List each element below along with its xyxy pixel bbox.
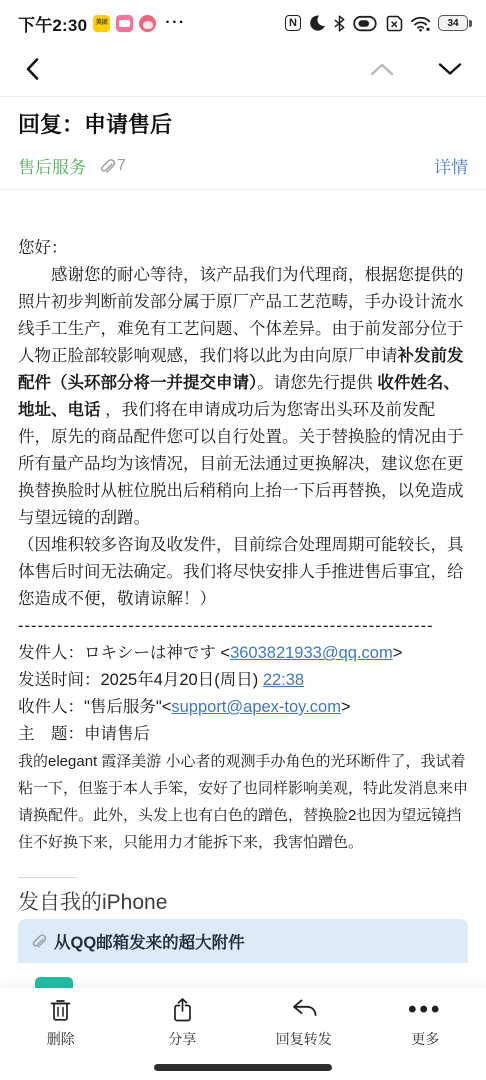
back-button[interactable] <box>22 56 44 87</box>
meituan-app-icon: 美团 <box>93 15 110 32</box>
sent-time-link[interactable]: 22:38 <box>263 671 304 689</box>
bilibili-app-icon <box>116 15 133 32</box>
reply-forward-icon <box>289 996 319 1024</box>
attachment-count: 7 <box>117 157 126 175</box>
paperclip-icon <box>98 157 115 175</box>
oversized-attachment-banner[interactable]: 从QQ邮箱发来的超大附件 <box>18 919 468 963</box>
home-indicator[interactable] <box>154 1064 332 1071</box>
p1-text2: 。请您先行提供 <box>257 374 377 392</box>
battery-icon: 34 <box>438 15 472 31</box>
body-paragraph-1: 感谢您的耐心等待，该产品我们为代理商，根据您提供的照片初步判断前发部分属于原厂产… <box>18 262 468 532</box>
status-left: 下午2:30 美团 ··· <box>18 11 186 36</box>
mail-header: 回复：申请售后 售后服务 7 详情 <box>0 98 486 190</box>
body-paragraph-2: （因堆积较多咨询及收发件，目前综合处理周期可能较长，具体售后时间无法确定。我们将… <box>18 532 468 613</box>
to-label: 收件人："售后服务"< <box>18 698 171 716</box>
next-mail-button[interactable] <box>436 61 464 82</box>
quote-divider-dashes: ----------------------------------------… <box>18 613 468 640</box>
signature-text: 发自我的iPhone <box>18 886 167 916</box>
from-line: 发件人：ロキシーは神です <3603821933@qq.com> <box>18 640 468 667</box>
nfc-icon: N <box>285 15 301 31</box>
phone-screen: 下午2:30 美团 ··· N 34 <box>0 0 486 1080</box>
more-icon: ••• <box>408 996 442 1024</box>
status-bar: 下午2:30 美团 ··· N 34 <box>0 0 486 46</box>
reply-forward-label: 回复转发 <box>276 1029 332 1049</box>
from-email-link[interactable]: 3603821933@qq.com <box>230 644 393 662</box>
more-notifications-icon: ··· <box>165 14 185 32</box>
more-label: 更多 <box>411 1029 439 1049</box>
delete-label: 删除 <box>47 1029 75 1049</box>
mail-body: 您好： 感谢您的耐心等待，该产品我们为代理商，根据您提供的照片初步判断前发部分属… <box>0 190 486 876</box>
battery-nub <box>469 20 472 27</box>
battery-level: 34 <box>438 15 468 31</box>
detail-link[interactable]: 详情 <box>434 153 468 178</box>
sim-disabled-icon <box>384 15 403 32</box>
signature-divider <box>18 877 77 878</box>
clock: 下午2:30 <box>18 11 87 36</box>
wifi-icon <box>410 15 431 32</box>
sender-name[interactable]: 售后服务 <box>18 153 86 178</box>
to-email-link[interactable]: support@apex-toy.com <box>171 698 341 716</box>
character-app-icon <box>139 15 156 32</box>
from-label: 发件人：ロキシーは神です < <box>18 644 230 662</box>
mail-subject: 回复：申请售后 <box>18 110 468 140</box>
share-icon <box>169 996 196 1024</box>
subject-line: 主 题：申请售后 <box>18 721 468 748</box>
quoted-message: 我的elegant 霞泽美游 小心者的观测手办角色的光环断件了，我试着粘一下，但… <box>18 748 468 856</box>
greeting: 您好： <box>18 235 468 262</box>
p1-text3: ，我们将在申请成功后为您寄出头环及前发配件，原先的商品配件您可以自行处置。关于替… <box>18 401 464 527</box>
data-saver-icon <box>353 15 377 32</box>
sent-time-line: 发送时间：2025年4月20日(周日) 22:38 <box>18 667 468 694</box>
paperclip-icon <box>30 932 46 950</box>
to-bracket: > <box>341 698 351 716</box>
attachment-count-badge[interactable]: 7 <box>98 157 126 175</box>
mail-pager <box>368 61 464 82</box>
delete-button[interactable]: 删除 <box>0 988 122 1080</box>
sent-label: 发送时间：2025年4月20日(周日) <box>18 671 263 689</box>
bluetooth-icon <box>333 15 346 32</box>
status-right: N 34 <box>285 14 472 32</box>
do-not-disturb-moon-icon <box>308 14 326 32</box>
attachment-banner-label: 从QQ邮箱发来的超大附件 <box>54 929 245 953</box>
more-button[interactable]: ••• 更多 <box>365 988 486 1080</box>
trash-icon <box>47 996 74 1024</box>
mail-meta-row: 售后服务 7 详情 <box>18 153 468 178</box>
meituan-app-icon-label: 美团 <box>96 20 108 26</box>
from-bracket: > <box>393 644 403 662</box>
to-line: 收件人："售后服务"<support@apex-toy.com> <box>18 694 468 721</box>
previous-mail-button[interactable] <box>368 61 396 82</box>
mail-nav-bar <box>0 46 486 97</box>
share-label: 分享 <box>168 1029 196 1049</box>
